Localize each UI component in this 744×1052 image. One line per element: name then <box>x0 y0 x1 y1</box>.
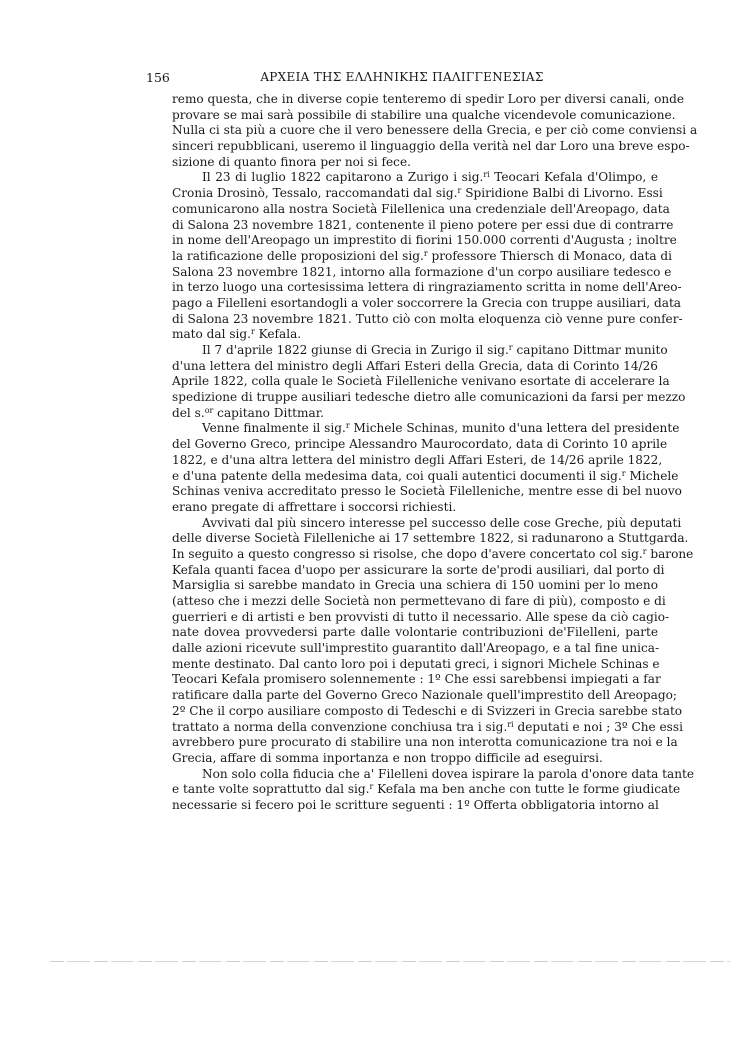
text-line: Marsiglia si sarebbe mandato in Grecia u… <box>172 578 658 594</box>
text-line: in terzo luogo una cortesissima lettera … <box>172 280 658 296</box>
text-line: 1822, e d'una altra lettera del ministro… <box>172 453 658 469</box>
page-header: 156 ΑΡΧΕΙΑ ΤΗΣ ΕΛΛΗΝΙΚΗΣ ΠΑΛΙΓΓΕΝΕΣΙΑΣ <box>146 70 658 86</box>
text-line: mato dal sig.r Kefala. <box>172 327 658 343</box>
text-line: Grecia, affare di somma inportanza e non… <box>172 751 658 767</box>
text-line: nate dovea provvedersi parte dalle volon… <box>172 625 658 641</box>
text-line: spedizione di truppe ausiliari tedesche … <box>172 390 658 406</box>
text-line: di Salona 23 novembre 1821. Tutto ciò co… <box>172 312 658 328</box>
text-line: del s.or capitano Dittmar. <box>172 406 658 422</box>
text-line: e tante volte soprattutto dal sig.r Kefa… <box>172 782 658 798</box>
text-line: ratificare dalla parte del Governo Greco… <box>172 688 658 704</box>
text-line: trattato a norma della convenzione conch… <box>172 720 658 736</box>
text-line: erano pregate di affrettare i soccorsi r… <box>172 500 658 516</box>
text-line: guerrieri e di artisti e ben provvisti d… <box>172 610 658 626</box>
document-page: 156 ΑΡΧΕΙΑ ΤΗΣ ΕΛΛΗΝΙΚΗΣ ΠΑΛΙΓΓΕΝΕΣΙΑΣ r… <box>0 0 744 1052</box>
text-line: (atteso che i mezzi delle Società non pe… <box>172 594 658 610</box>
text-line: Il 7 d'aprile 1822 giunse di Grecia in Z… <box>172 343 658 359</box>
text-line: Kefala quanti facea d'uopo per assicurar… <box>172 563 658 579</box>
text-line: Venne finalmente il sig.r Michele Schina… <box>172 421 658 437</box>
text-line: In seguito a questo congresso si risolse… <box>172 547 658 563</box>
text-line: in nome dell'Areopago un imprestito di f… <box>172 233 658 249</box>
text-line: Schinas veniva accreditato presso le Soc… <box>172 484 658 500</box>
text-line: dalle azioni ricevute sull'imprestito gu… <box>172 641 658 657</box>
text-line: avrebbero pure procurato di stabilire un… <box>172 735 658 751</box>
text-line: Nulla ci sta più a cuore che il vero ben… <box>172 123 658 139</box>
text-line: 2º Che il corpo ausiliare composto di Te… <box>172 704 658 720</box>
text-line: Teocari Kefala promisero solennemente : … <box>172 672 658 688</box>
text-line: Salona 23 novembre 1821, intorno alla fo… <box>172 265 658 281</box>
scan-artifact-line <box>50 961 730 962</box>
text-line: Cronia Drosinò, Tessalo, raccomandati da… <box>172 186 658 202</box>
text-line: delle diverse Società Filelleniche ai 17… <box>172 531 658 547</box>
text-line: Il 23 di luglio 1822 capitarono a Zurigo… <box>172 170 658 186</box>
running-title: ΑΡΧΕΙΑ ΤΗΣ ΕΛΛΗΝΙΚΗΣ ΠΑΛΙΓΓΕΝΕΣΙΑΣ <box>146 70 658 84</box>
text-line: necessarie si fecero poi le scritture se… <box>172 798 658 814</box>
text-line: pago a Filelleni esortandogli a voler so… <box>172 296 658 312</box>
text-line: Avvivati dal più sincero interesse pel s… <box>172 516 658 532</box>
text-line: provare se mai sarà possibile di stabili… <box>172 108 658 124</box>
body-text: remo questa, che in diverse copie tenter… <box>172 92 658 814</box>
text-line: Non solo colla fiducia che a' Filelleni … <box>172 767 658 783</box>
text-line: sinceri repubblicani, useremo il linguag… <box>172 139 658 155</box>
text-line: Aprile 1822, colla quale le Società File… <box>172 374 658 390</box>
text-line: e d'una patente della medesima data, coi… <box>172 469 658 485</box>
text-line: del Governo Greco, principe Alessandro M… <box>172 437 658 453</box>
text-line: mente destinato. Dal canto loro poi i de… <box>172 657 658 673</box>
text-line: remo questa, che in diverse copie tenter… <box>172 92 658 108</box>
text-line: comunicarono alla nostra Società Filelle… <box>172 202 658 218</box>
text-line: la ratificazione delle proposizioni del … <box>172 249 658 265</box>
text-line: d'una lettera del ministro degli Affari … <box>172 359 658 375</box>
text-line: di Salona 23 novembre 1821, contenente i… <box>172 218 658 234</box>
text-line: sizione di quanto finora per noi si fece… <box>172 155 658 171</box>
